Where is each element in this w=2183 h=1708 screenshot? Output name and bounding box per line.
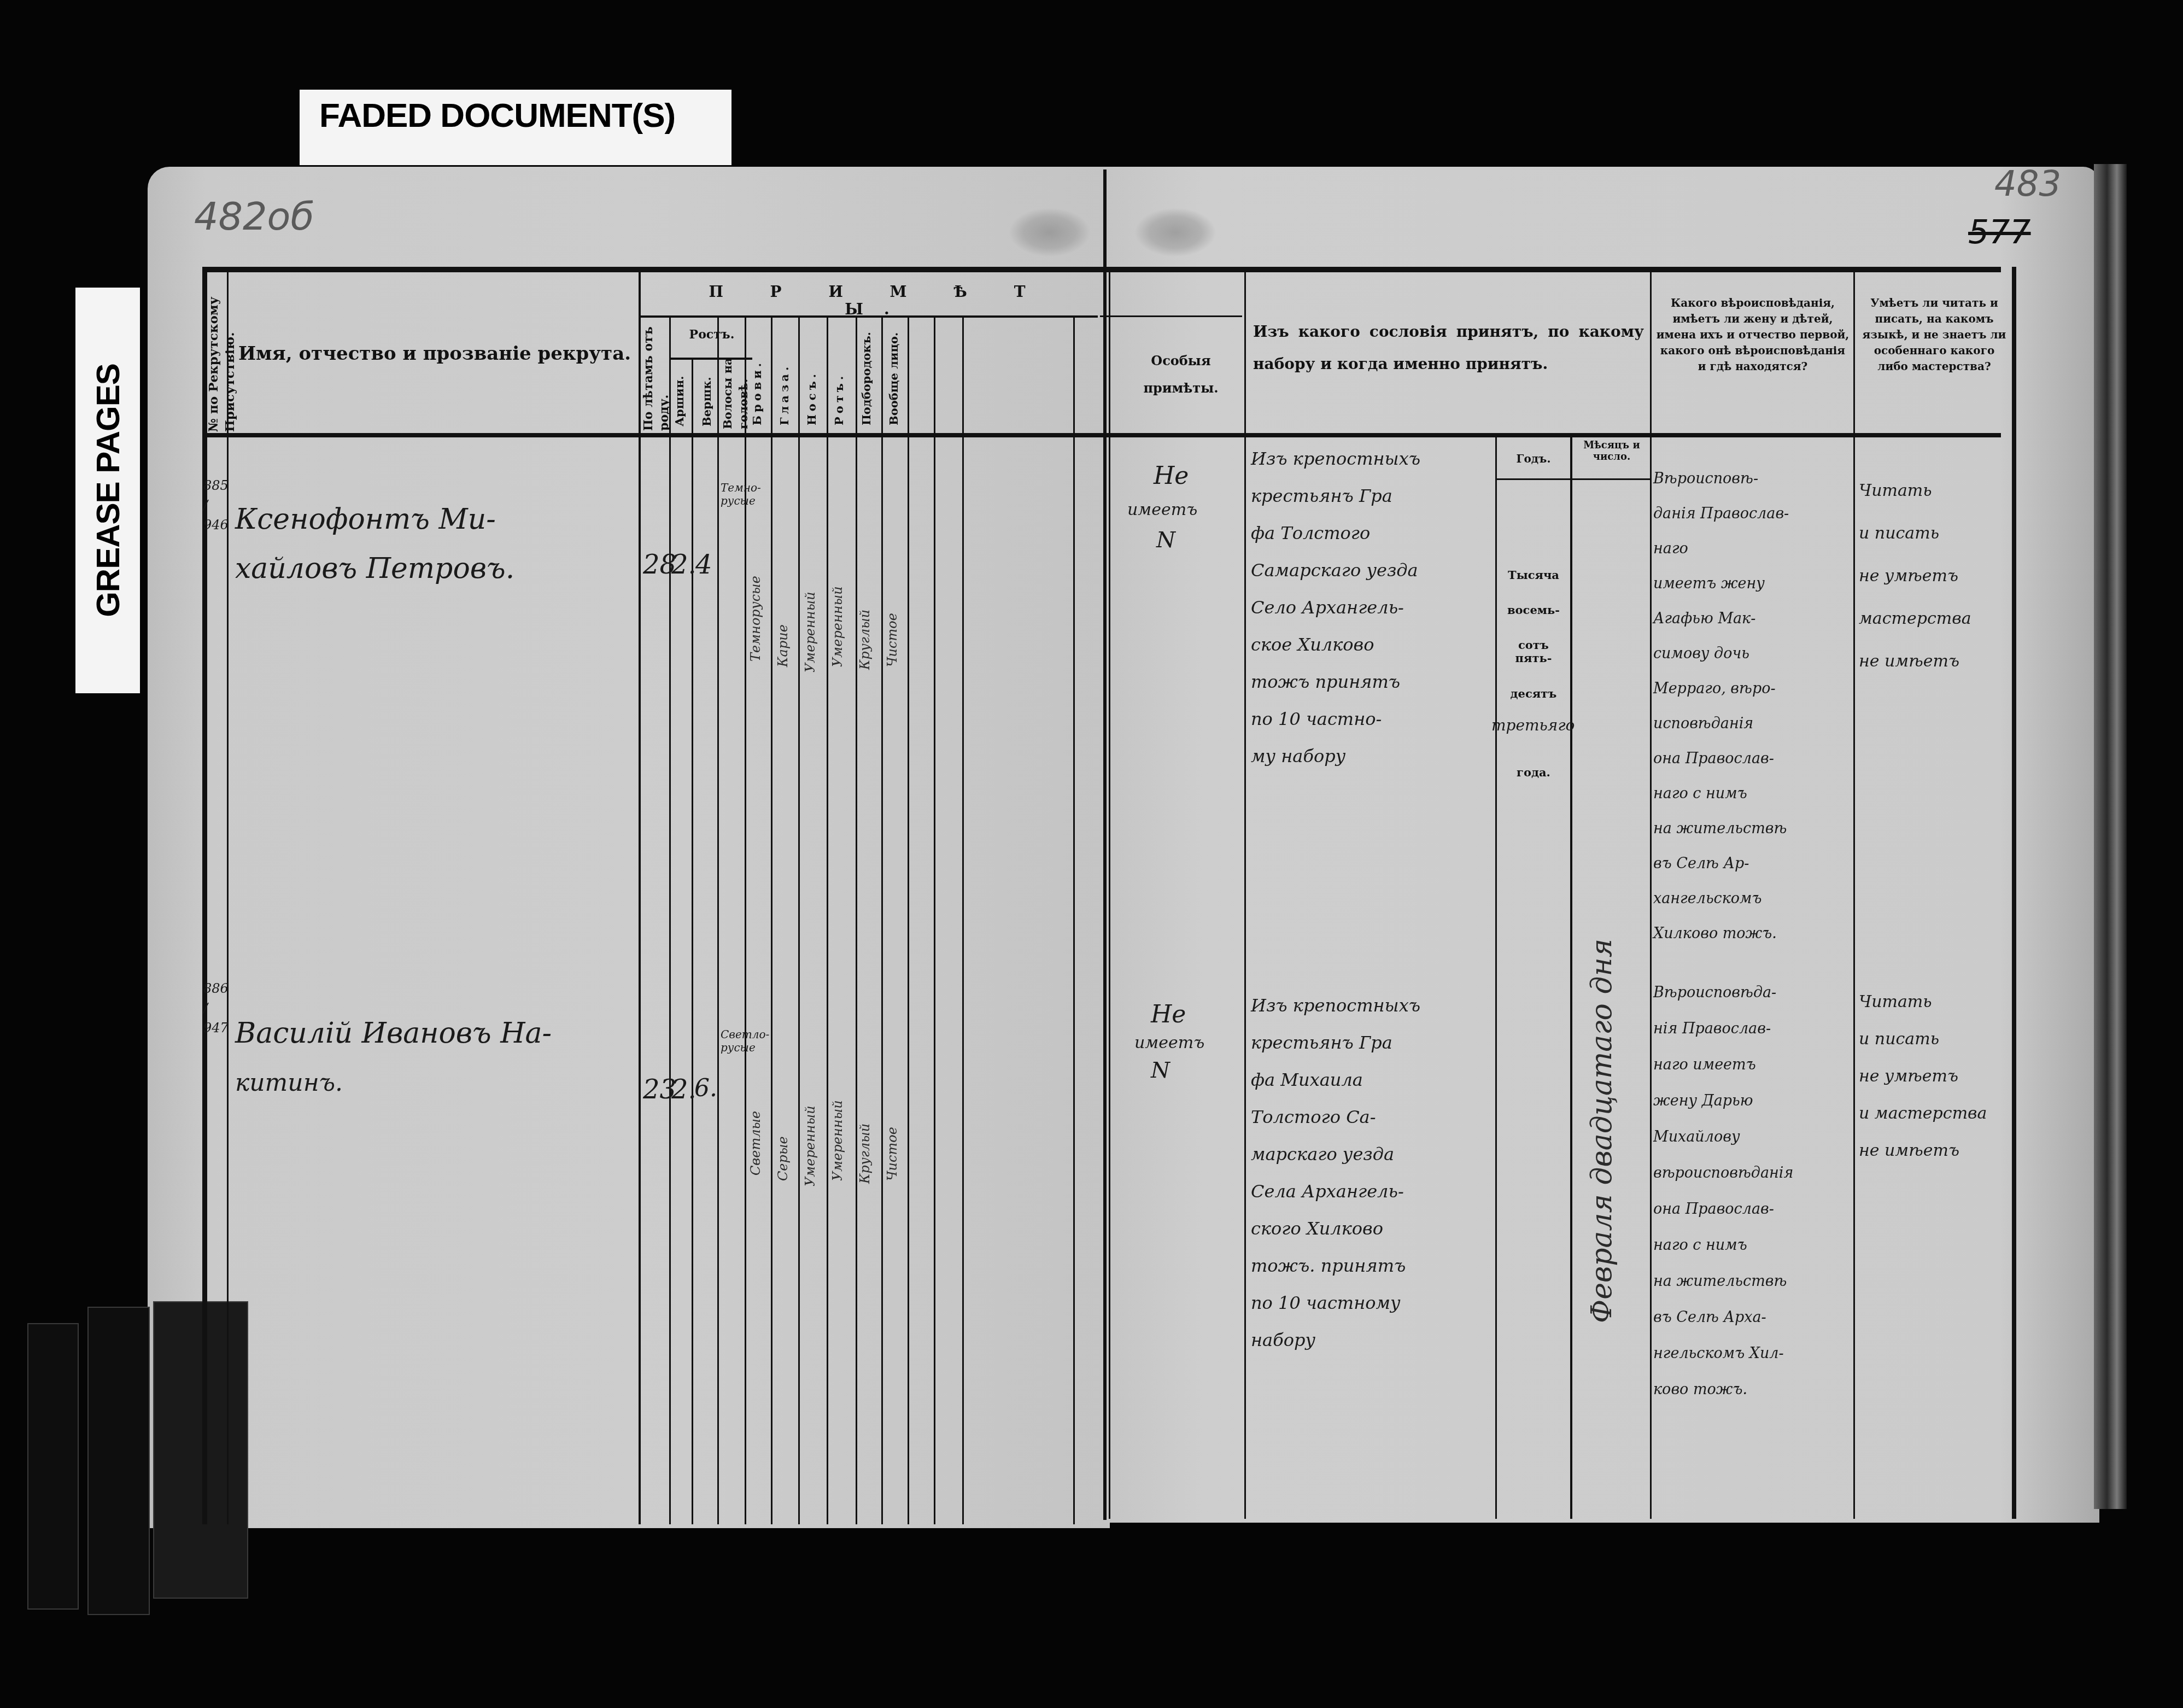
year-line: восемь- [1498, 604, 1569, 617]
header-number: № по Рекрутскому Присутствію. [206, 273, 238, 432]
face-value: Чистое [885, 1127, 900, 1181]
col-rule [692, 358, 693, 1524]
religion-line: Агафью Мак- [1653, 610, 1853, 645]
col-rule [669, 315, 671, 1524]
col-rule [1650, 272, 1652, 1519]
year-line: Тысяча [1498, 569, 1569, 582]
recruit-name-line: Ксенофонтъ Ми- [235, 503, 496, 536]
special-value: имеетъ [1134, 1033, 1204, 1052]
origin-line: ское Хилково [1251, 634, 1494, 671]
origin-line: Толстого Са- [1251, 1107, 1494, 1144]
header-religion: Какого вѣроисповѣданія, имѣетъ ли жену и… [1654, 295, 1851, 375]
col-rule [639, 272, 641, 1524]
mouth-value: Умеренный [830, 586, 845, 667]
header-nose: Носъ. [805, 371, 818, 425]
religion-line: нія Православ- [1653, 1020, 1853, 1056]
col-rule [934, 315, 935, 1524]
religion-line: имеетъ жену [1653, 575, 1853, 610]
header-origin: Изъ какого сословія принятъ, по какому н… [1253, 316, 1644, 381]
religion-line: въ Селѣ Арха- [1653, 1309, 1853, 1345]
literacy-line: Читать [1859, 992, 2012, 1030]
year-line: года. [1498, 766, 1569, 779]
religion-line: наго с нимъ [1653, 1237, 1853, 1273]
recruit-name-line: Василій Ивановъ На- [235, 1017, 552, 1050]
religion-line: данія Православ- [1653, 505, 1853, 540]
record-number: 885 / 946 [203, 476, 227, 535]
arshin-value: 2. [671, 549, 697, 580]
origin-line: марскаго уезда [1251, 1144, 1494, 1181]
header-hair: Волосы на головѣ. [719, 320, 752, 429]
left-page [148, 167, 1110, 1528]
header-vershok: Вершк. [700, 377, 713, 426]
printed-year: Тысяча восемь- сотъ пять- десятъ года. [1498, 569, 1569, 779]
literacy-text: Читать и писать не умѣетъ мастерства не … [1859, 481, 2012, 694]
origin-line: набору [1251, 1330, 1494, 1367]
origin-line: ского Хилково [1251, 1218, 1494, 1255]
special-value: N [1151, 1058, 1170, 1083]
origin-line: крестьянъ Гра [1251, 1032, 1494, 1069]
religion-line: Вѣроисповѣ- [1653, 470, 1853, 505]
header-face: Вообще лицо. [887, 332, 900, 425]
religion-line: хангельскомъ [1653, 890, 1853, 925]
special-value: имеетъ [1127, 500, 1197, 519]
recruit-name-line: хайловъ Петровъ. [235, 552, 514, 585]
header-bottom-rule [202, 433, 2001, 437]
header-special: Особыя примѣты. [1126, 347, 1236, 402]
header-age: По лѣтамъ отъ роду. [641, 321, 672, 431]
literacy-line: и мастерства [1859, 1104, 2012, 1141]
special-subheader-rule [1100, 315, 1242, 317]
literacy-line: не имѣетъ [1859, 1141, 2012, 1178]
col-rule [798, 315, 800, 1524]
nose-value: Умеренный [803, 592, 818, 672]
table-top-rule [202, 267, 2001, 272]
grease-pages-label: GREASE PAGES [75, 288, 140, 693]
origin-line: крестьянъ Гра [1251, 486, 1494, 523]
religion-line: наго [1653, 540, 1853, 575]
origin-line: фа Толстого [1251, 523, 1494, 560]
origin-line: Изъ крепостныхъ [1251, 448, 1494, 486]
year-handwritten: третьяго [1491, 716, 1575, 734]
page-number-right: 483 [1994, 164, 2061, 204]
year-line: сотъ пять- [1498, 639, 1569, 665]
religion-line: она Православ- [1653, 750, 1853, 785]
hair-value: Светло-русые [721, 1028, 772, 1054]
col-rule [881, 315, 883, 1524]
special-value: Не [1151, 1001, 1186, 1028]
religion-line: наго с нимъ [1653, 785, 1853, 820]
col-rule [1109, 272, 1110, 1519]
col-rule [908, 315, 909, 1524]
grease-pages-text: GREASE PAGES [89, 364, 127, 617]
page-number-left: 482об [194, 194, 314, 239]
month-day-handwritten: Февраля двадцатаго дня [1585, 939, 1618, 1323]
table-right-border [2012, 267, 2016, 1519]
religion-line: нгельскомъ Хил- [1653, 1345, 1853, 1381]
col-rule [856, 315, 857, 1524]
literacy-text: Читать и писать не умѣетъ и мастерства н… [1859, 992, 2012, 1178]
religion-line: на жительствѣ [1653, 1273, 1853, 1309]
special-value: Не [1154, 462, 1189, 490]
header-mouth: Ротъ. [832, 373, 846, 425]
col-rule [827, 315, 828, 1524]
literacy-line: не умѣетъ [1859, 1067, 2012, 1104]
origin-text: Изъ крепостныхъ крестьянъ Гра фа Толстог… [1251, 448, 1494, 783]
religion-line: исповѣданія [1653, 715, 1853, 750]
religion-text: Вѣроисповѣда- нія Православ- наго имеетъ… [1653, 984, 1853, 1417]
brows-value: Темнорусые [748, 576, 763, 662]
origin-line: по 10 частно- [1251, 709, 1494, 746]
literacy-line: Читать [1859, 481, 2012, 524]
faded-document-text: FADED DOCUMENT(S) [319, 96, 675, 135]
year-line: десятъ [1498, 687, 1569, 700]
page-edge [2094, 164, 2127, 1509]
col-rule [1570, 437, 1572, 1519]
vershok-value: 6. [694, 1074, 717, 1102]
religion-line: на жительствѣ [1653, 820, 1853, 855]
religion-line: жену Дарью [1653, 1092, 1853, 1128]
paper-mill-stamp-right [1134, 208, 1216, 257]
origin-line: Село Архангель- [1251, 597, 1494, 634]
origin-line: по 10 частному [1251, 1292, 1494, 1330]
brows-value: Светлые [748, 1111, 763, 1175]
religion-line: вѣроисповѣданія [1653, 1165, 1853, 1201]
religion-text: Вѣроисповѣ- данія Православ- наго имеетъ… [1653, 470, 1853, 960]
col-rule [1495, 437, 1497, 1519]
table-left-border [202, 267, 207, 1524]
chin-value: Круглый [857, 1124, 873, 1184]
recruit-name-line: китинъ. [235, 1069, 343, 1097]
literacy-line: мастерства [1859, 609, 2012, 652]
religion-line: она Православ- [1653, 1201, 1853, 1237]
header-arshin: Аршин. [672, 376, 686, 426]
religion-line: Михайлову [1653, 1128, 1853, 1165]
literacy-line: и писать [1859, 524, 2012, 566]
religion-line: Вѣроисповѣда- [1653, 984, 1853, 1020]
header-year: Годъ. [1498, 453, 1569, 465]
literacy-line: не имѣетъ [1859, 652, 2012, 694]
nose-value: Умеренный [803, 1105, 818, 1186]
origin-line: фа Михаила [1251, 1069, 1494, 1107]
header-brows: Брови. [750, 360, 764, 425]
book-binding-clip [22, 1301, 251, 1629]
religion-line: Мерраго, вѣро- [1653, 680, 1853, 715]
hair-value: Темно-русые [721, 481, 772, 507]
header-eyes: Глаза. [777, 364, 791, 425]
religion-line: Хилково тожъ. [1653, 925, 1853, 960]
book-gutter [1103, 169, 1107, 1520]
arshin-value: 2. [671, 1074, 697, 1105]
eyes-value: Карие [775, 624, 791, 667]
page-number-crossed: 577 [1968, 213, 2031, 251]
col-rule [1073, 315, 1075, 1524]
paper-mill-stamp-left [1009, 208, 1091, 257]
chin-value: Круглый [857, 610, 873, 670]
literacy-line: и писать [1859, 1030, 2012, 1067]
year-subheader-rule [1495, 478, 1651, 480]
face-value: Чистое [885, 613, 900, 667]
col-rule [1244, 272, 1246, 1519]
record-number: 886 / 947 [203, 979, 227, 1038]
header-month-day: Мѣсяцъ и число. [1573, 440, 1650, 463]
col-rule [227, 272, 229, 1524]
mouth-value: Умеренный [830, 1100, 845, 1181]
origin-line: му набору [1251, 746, 1494, 783]
religion-line: въ Селѣ Ар- [1653, 855, 1853, 890]
eyes-value: Серые [775, 1136, 791, 1181]
vershok-value: 4 [695, 549, 712, 580]
religion-line: симову дочь [1653, 645, 1853, 680]
origin-line: тожъ принятъ [1251, 671, 1494, 709]
origin-line: Самарскаго уезда [1251, 560, 1494, 597]
faded-document-label: FADED DOCUMENT(S) [300, 90, 731, 165]
special-value: N [1156, 528, 1175, 553]
col-rule [717, 315, 719, 1524]
origin-text: Изъ крепостныхъ крестьянъ Гра фа Михаила… [1251, 995, 1494, 1367]
origin-line: Села Архангель- [1251, 1181, 1494, 1218]
religion-line: наго имеетъ [1653, 1056, 1853, 1092]
col-rule [1853, 272, 1855, 1519]
header-name: Имя, отчество и прозваніе рекрута. [235, 343, 634, 365]
origin-line: Изъ крепостныхъ [1251, 995, 1494, 1032]
religion-line: ково тожъ. [1653, 1381, 1853, 1417]
literacy-line: не умѣетъ [1859, 566, 2012, 609]
origin-line: тожъ. принятъ [1251, 1255, 1494, 1292]
col-rule [962, 315, 964, 1524]
header-chin: Подбородокъ. [859, 332, 873, 425]
header-signs-title: П Р И М Ѣ Т Ы. [683, 283, 1072, 318]
header-literacy: Умѣетъ ли читать и писать, на какомъ язы… [1858, 295, 2011, 375]
